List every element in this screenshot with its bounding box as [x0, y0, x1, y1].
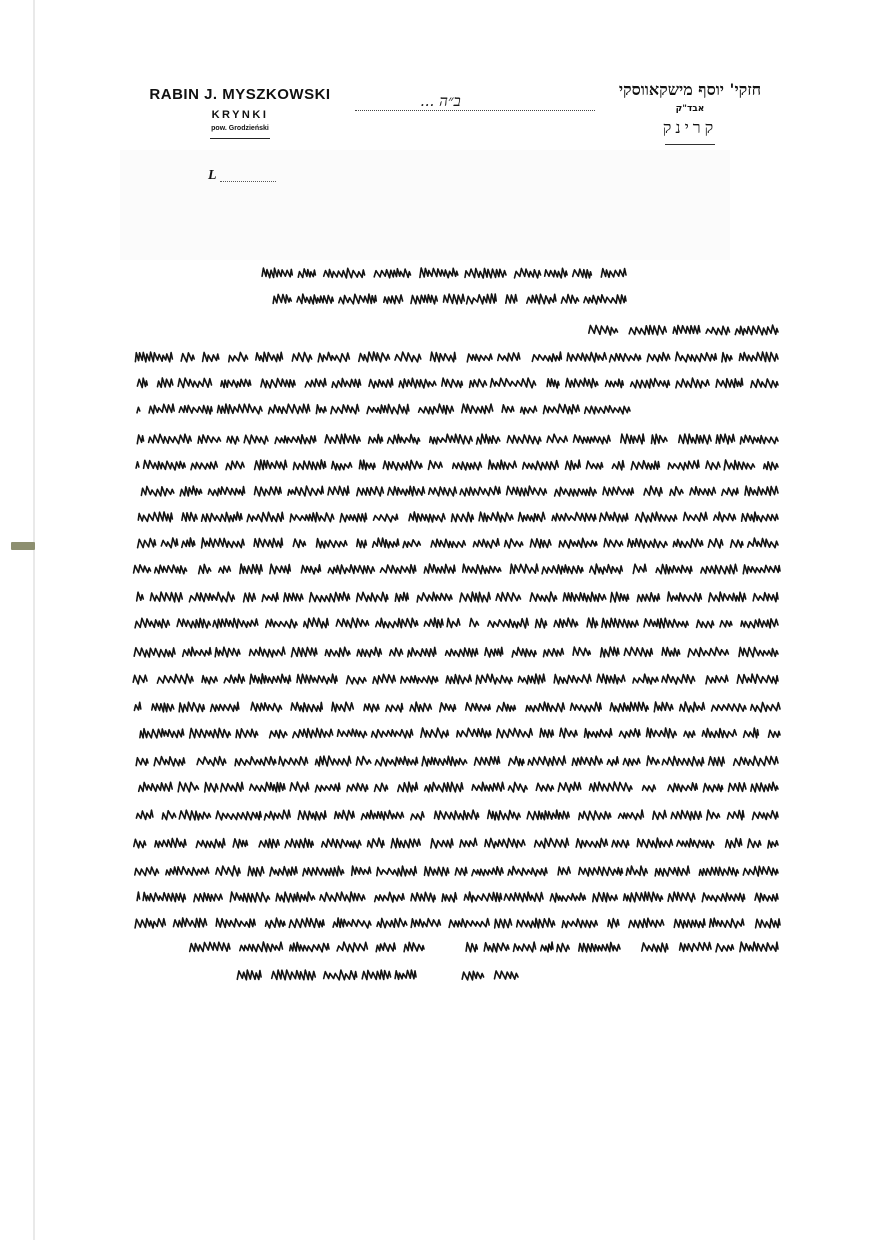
paper-clip-mark [11, 542, 35, 550]
body-line [132, 754, 780, 768]
body-line [132, 590, 780, 604]
body-line [132, 864, 780, 878]
body-line [132, 916, 782, 930]
body-line [132, 432, 780, 446]
body-line [132, 376, 780, 390]
signature-line [186, 940, 426, 954]
district-latin: pow. Grodzieński [140, 125, 340, 132]
body-line [132, 510, 780, 524]
greeting-line [588, 323, 780, 337]
body-line [132, 726, 782, 740]
heading-line [268, 292, 628, 306]
signature-line [228, 968, 418, 982]
body-line [132, 836, 780, 850]
body-line [132, 672, 780, 686]
rabbi-name-latin: RABIN J. MYSZKOWSKI [140, 86, 340, 103]
body-line [132, 890, 780, 904]
rabbi-title-hebrew: אבד"ק [610, 104, 770, 114]
letterhead-rule-hebrew [665, 144, 715, 145]
town-latin: KRYNKI [140, 109, 340, 121]
rabbi-name-hebrew: חזקי' יוסף מישקאווסקי [610, 80, 770, 100]
heading-line [258, 266, 628, 280]
body-line [132, 645, 780, 659]
body-line [132, 616, 780, 630]
body-line [132, 350, 780, 364]
signature-line [640, 940, 780, 954]
letterhead-latin: RABIN J. MYSZKOWSKI KRYNKI pow. Grodzień… [140, 86, 340, 139]
letterhead-hebrew: חזקי' יוסף מישקאווסקי אבד"ק קרינק [610, 80, 770, 145]
body-line [132, 536, 780, 550]
body-line [132, 700, 782, 714]
reference-number-prefix: L [208, 168, 217, 184]
handwritten-date: ב״ה ... [420, 92, 461, 111]
body-line [132, 808, 780, 822]
reference-number-line [220, 181, 276, 182]
signature-line [462, 940, 622, 954]
letterhead-rule [210, 138, 270, 139]
body-line [132, 402, 632, 416]
body-line [132, 458, 780, 472]
body-line [132, 562, 782, 576]
town-hebrew: קרינק [610, 118, 770, 138]
date-line [355, 110, 595, 111]
signature-line [460, 968, 520, 982]
letterhead-background [120, 150, 730, 260]
page-edge [33, 0, 35, 1240]
body-line [132, 780, 780, 794]
body-line [132, 484, 780, 498]
